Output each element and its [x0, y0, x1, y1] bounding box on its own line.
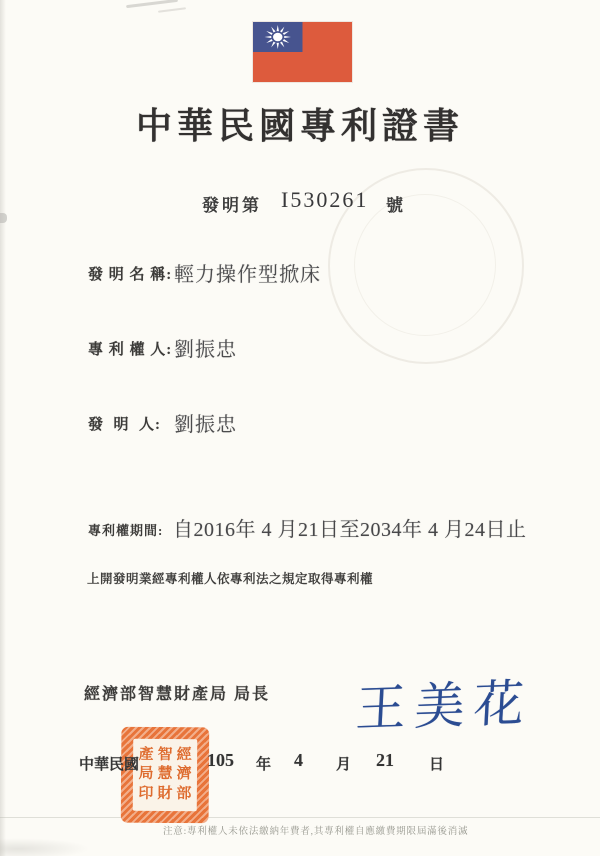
issue-date-row: 中華民國 105 年 4 月 21 日 — [0, 750, 600, 776]
grant-statement: 上開發明業經專利權人依專利法之規定取得專利權 — [87, 569, 373, 587]
director-signature: 王美花 — [354, 663, 535, 741]
patent-period-label: 專利權期間: — [88, 520, 163, 539]
date-day-unit: 日 — [429, 753, 444, 774]
patent-period-row: 專利權期間: 自2016年 4 月21日至2034年 4 月24日止 — [0, 513, 600, 539]
date-era: 中華民國 — [79, 753, 139, 774]
patent-number: I530261 — [281, 187, 368, 213]
patent-number-prefix: 發明第 — [202, 191, 262, 216]
certificate-title: 中華民國專利證書 — [0, 98, 600, 149]
footer-divider — [0, 817, 600, 818]
inventor-row: 發 明 人: 劉振忠 — [0, 408, 600, 434]
roc-flag — [253, 22, 352, 82]
inventor-value: 劉振忠 — [174, 408, 237, 437]
scan-artifact — [126, 0, 178, 8]
invention-name-value: 輕力操作型掀床 — [174, 258, 321, 287]
flag-sun-core — [273, 33, 282, 41]
patentee-value: 劉振忠 — [174, 333, 237, 362]
patent-certificate-page: 中華民國專利證書 發明第 I530261 號 發 明 名 稱: 輕力操作型掀床 … — [0, 0, 600, 856]
scan-artifact — [158, 7, 186, 12]
date-year-unit: 年 — [256, 753, 271, 774]
date-year: 105 — [207, 750, 234, 771]
inventor-label: 發 明 人: — [88, 413, 161, 434]
footer-note: 注意:專利權人未依法繳納年費者,其專利權自應繳費期限屆滿後消滅 — [163, 823, 468, 837]
date-month-unit: 月 — [336, 753, 351, 774]
date-month: 4 — [294, 750, 303, 771]
scan-artifact — [0, 213, 7, 223]
invention-name-row: 發 明 名 稱: 輕力操作型掀床 — [0, 258, 600, 284]
date-day: 21 — [376, 750, 394, 771]
patent-number-suffix: 號 — [386, 191, 403, 216]
issuer-title: 經濟部智慧財產局 局長 — [84, 681, 270, 704]
patent-number-row: 發明第 I530261 號 — [0, 187, 600, 215]
patentee-label: 專 利 權 人: — [88, 338, 172, 359]
patentee-row: 專 利 權 人: 劉振忠 — [0, 333, 600, 359]
invention-name-label: 發 明 名 稱: — [88, 263, 172, 284]
patent-period-value: 自2016年 4 月21日至2034年 4 月24日止 — [173, 513, 527, 542]
